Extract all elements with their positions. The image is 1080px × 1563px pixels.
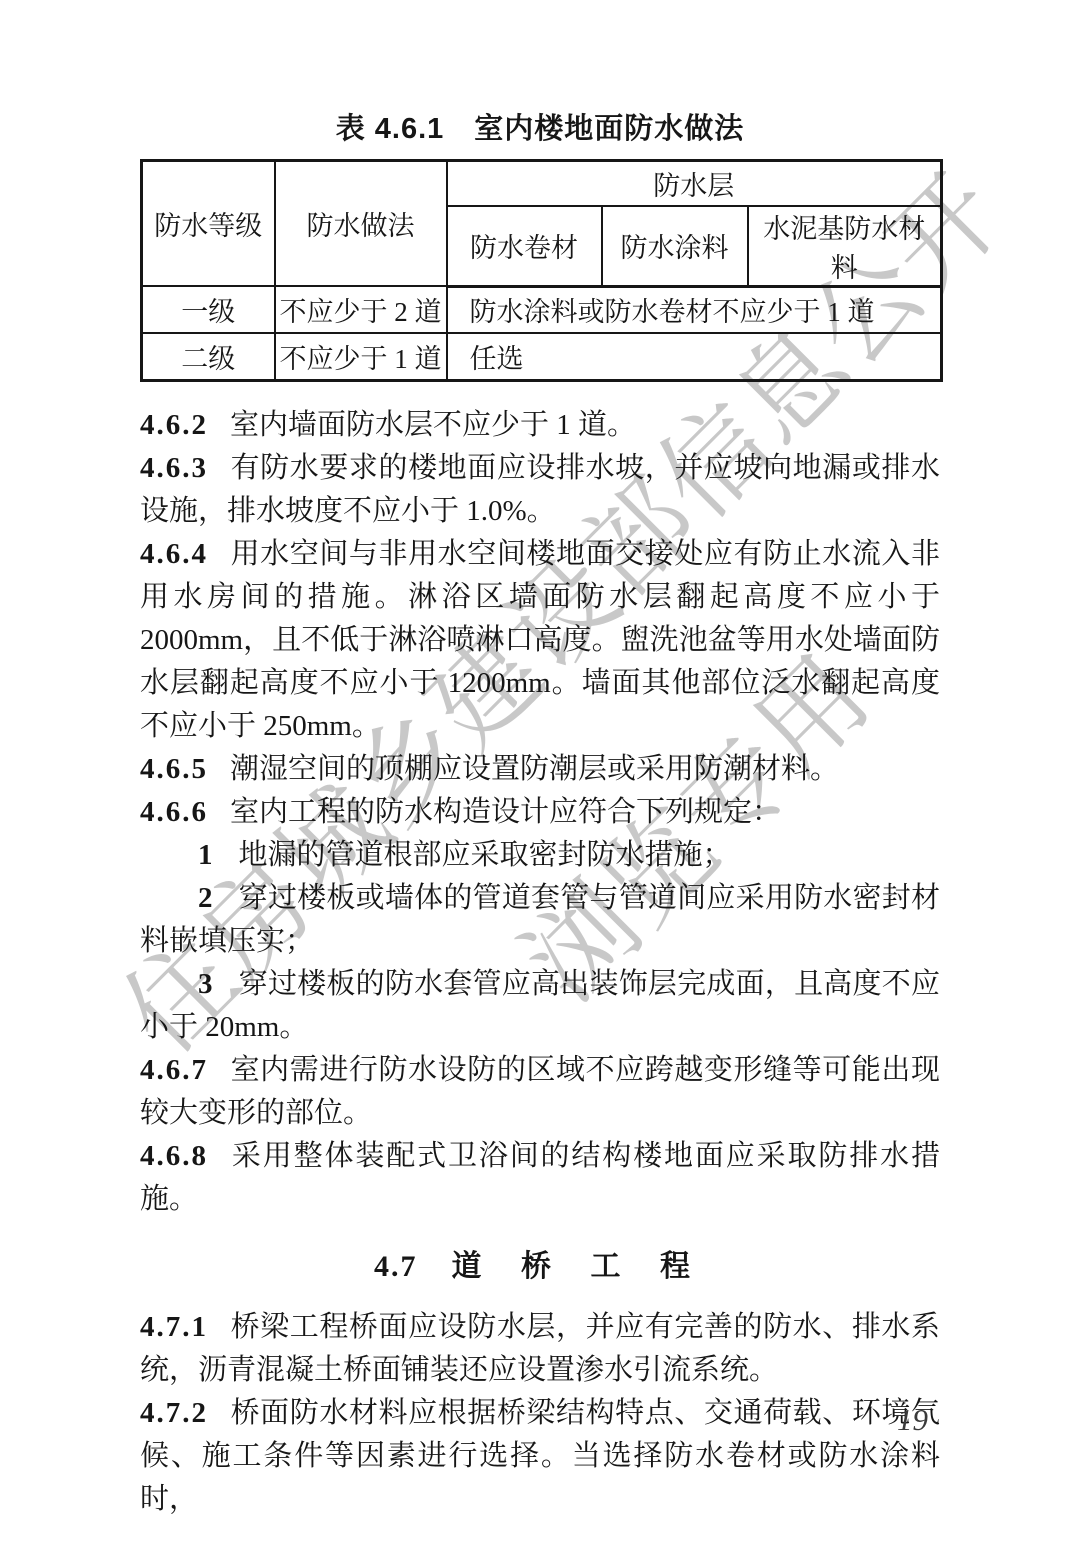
table-row: 一级 不应少于 2 道 防水涂料或防水卷材不应少于 1 道 [142, 286, 942, 333]
table-row: 二级 不应少于 1 道 任选 [142, 333, 942, 380]
section-heading-4-7: 4.7道 桥 工 程 [140, 1245, 940, 1288]
clause-4-6-3: 4.6.3有防水要求的楼地面应设排水坡，并应坡向地漏或排水设施，排水坡度不应小于… [140, 447, 940, 533]
clause-number: 4.6.8 [140, 1140, 208, 1172]
clause-number: 4.6.3 [140, 452, 208, 484]
cell-method-2: 不应少于 1 道 [275, 333, 447, 380]
clause-number: 4.7.1 [140, 1311, 208, 1343]
clause-text: 室内墙面防水层不应少于 1 道。 [230, 409, 636, 441]
page-number: 19 [897, 1402, 928, 1438]
clause-4-7-2: 4.7.2桥面防水材料应根据桥梁结构特点、交通荷载、环境气候、施工条件等因素进行… [140, 1392, 940, 1521]
table-header-cement: 水泥基防水材料 [748, 206, 942, 287]
cell-layers-1: 防水涂料或防水卷材不应少于 1 道 [447, 286, 942, 333]
section-heading-title: 道 桥 工 程 [452, 1250, 707, 1283]
clause-4-6-5: 4.6.5潮湿空间的顶棚应设置防潮层或采用防潮材料。 [140, 748, 940, 791]
clause-body: 4.6.2室内墙面防水层不应少于 1 道。 4.6.3有防水要求的楼地面应设排水… [140, 404, 940, 1521]
table-header-method: 防水做法 [275, 161, 447, 287]
item-text: 穿过楼板或墙体的管道套管与管道间应采用防水密封材料嵌填压实； [140, 882, 940, 957]
cell-layers-2: 任选 [447, 333, 942, 380]
table-header-membrane: 防水卷材 [447, 206, 602, 287]
page-content: 表 4.6.1 室内楼地面防水做法 防水等级 防水做法 防水层 防水卷材 防水涂… [0, 0, 1080, 1521]
item-number: 2 [198, 882, 213, 914]
clause-number: 4.6.5 [140, 753, 208, 785]
clause-text: 有防水要求的楼地面应设排水坡，并应坡向地漏或排水设施，排水坡度不应小于 1.0%… [140, 452, 940, 527]
clause-4-6-6-item-1: 1地漏的管道根部应采取密封防水措施； [140, 834, 940, 877]
clause-4-7-1: 4.7.1桥梁工程桥面应设防水层，并应有完善的防水、排水系统，沥青混凝土桥面铺装… [140, 1306, 940, 1392]
clause-number: 4.7.2 [140, 1397, 208, 1429]
clause-text: 用水空间与非用水空间楼地面交接处应有防止水流入非用水房间的措施。淋浴区墙面防水层… [140, 538, 940, 742]
clause-text: 桥面防水材料应根据桥梁结构特点、交通荷载、环境气候、施工条件等因素进行选择。当选… [140, 1397, 940, 1515]
clause-text: 室内需进行防水设防的区域不应跨越变形缝等可能出现较大变形的部位。 [140, 1054, 940, 1129]
clause-4-6-4: 4.6.4用水空间与非用水空间楼地面交接处应有防止水流入非用水房间的措施。淋浴区… [140, 533, 940, 748]
clause-text: 采用整体装配式卫浴间的结构楼地面应采取防排水措施。 [140, 1140, 940, 1215]
section-heading-number: 4.7 [374, 1250, 418, 1283]
cell-grade-2: 二级 [142, 333, 275, 380]
clause-number: 4.6.2 [140, 409, 208, 441]
cell-method-1: 不应少于 2 道 [275, 286, 447, 333]
item-number: 1 [198, 839, 213, 871]
item-text: 地漏的管道根部应采取密封防水措施； [239, 839, 732, 871]
clause-number: 4.6.4 [140, 538, 208, 570]
table-header-layer-group: 防水层 [447, 161, 942, 206]
clause-number: 4.6.7 [140, 1054, 208, 1086]
clause-4-6-7: 4.6.7室内需进行防水设防的区域不应跨越变形缝等可能出现较大变形的部位。 [140, 1049, 940, 1135]
table-caption: 表 4.6.1 室内楼地面防水做法 [140, 0, 940, 147]
clause-text: 桥梁工程桥面应设防水层，并应有完善的防水、排水系统，沥青混凝土桥面铺装还应设置渗… [140, 1311, 940, 1386]
clause-text: 室内工程的防水构造设计应符合下列规定： [230, 796, 781, 828]
clause-4-6-2: 4.6.2室内墙面防水层不应少于 1 道。 [140, 404, 940, 447]
clause-4-6-6-item-3: 3穿过楼板的防水套管应高出装饰层完成面，且高度不应小于 20mm。 [140, 963, 940, 1049]
clause-number: 4.6.6 [140, 796, 208, 828]
item-text: 穿过楼板的防水套管应高出装饰层完成面，且高度不应小于 20mm。 [140, 968, 940, 1043]
item-number: 3 [198, 968, 213, 1000]
table-header-grade: 防水等级 [142, 161, 275, 287]
cell-grade-1: 一级 [142, 286, 275, 333]
clause-4-6-6: 4.6.6室内工程的防水构造设计应符合下列规定： [140, 791, 940, 834]
table-header-coating: 防水涂料 [602, 206, 748, 287]
waterproofing-table: 防水等级 防水做法 防水层 防水卷材 防水涂料 水泥基防水材料 一级 不应少于 … [140, 159, 943, 382]
clause-text: 潮湿空间的顶棚应设置防潮层或采用防潮材料。 [230, 753, 839, 785]
document-page: 住房城乡建设部信息公开 浏览专用 表 4.6.1 室内楼地面防水做法 防水等级 … [0, 0, 1080, 1563]
clause-4-6-8: 4.6.8采用整体装配式卫浴间的结构楼地面应采取防排水措施。 [140, 1135, 940, 1221]
clause-4-6-6-item-2: 2穿过楼板或墙体的管道套管与管道间应采用防水密封材料嵌填压实； [140, 877, 940, 963]
